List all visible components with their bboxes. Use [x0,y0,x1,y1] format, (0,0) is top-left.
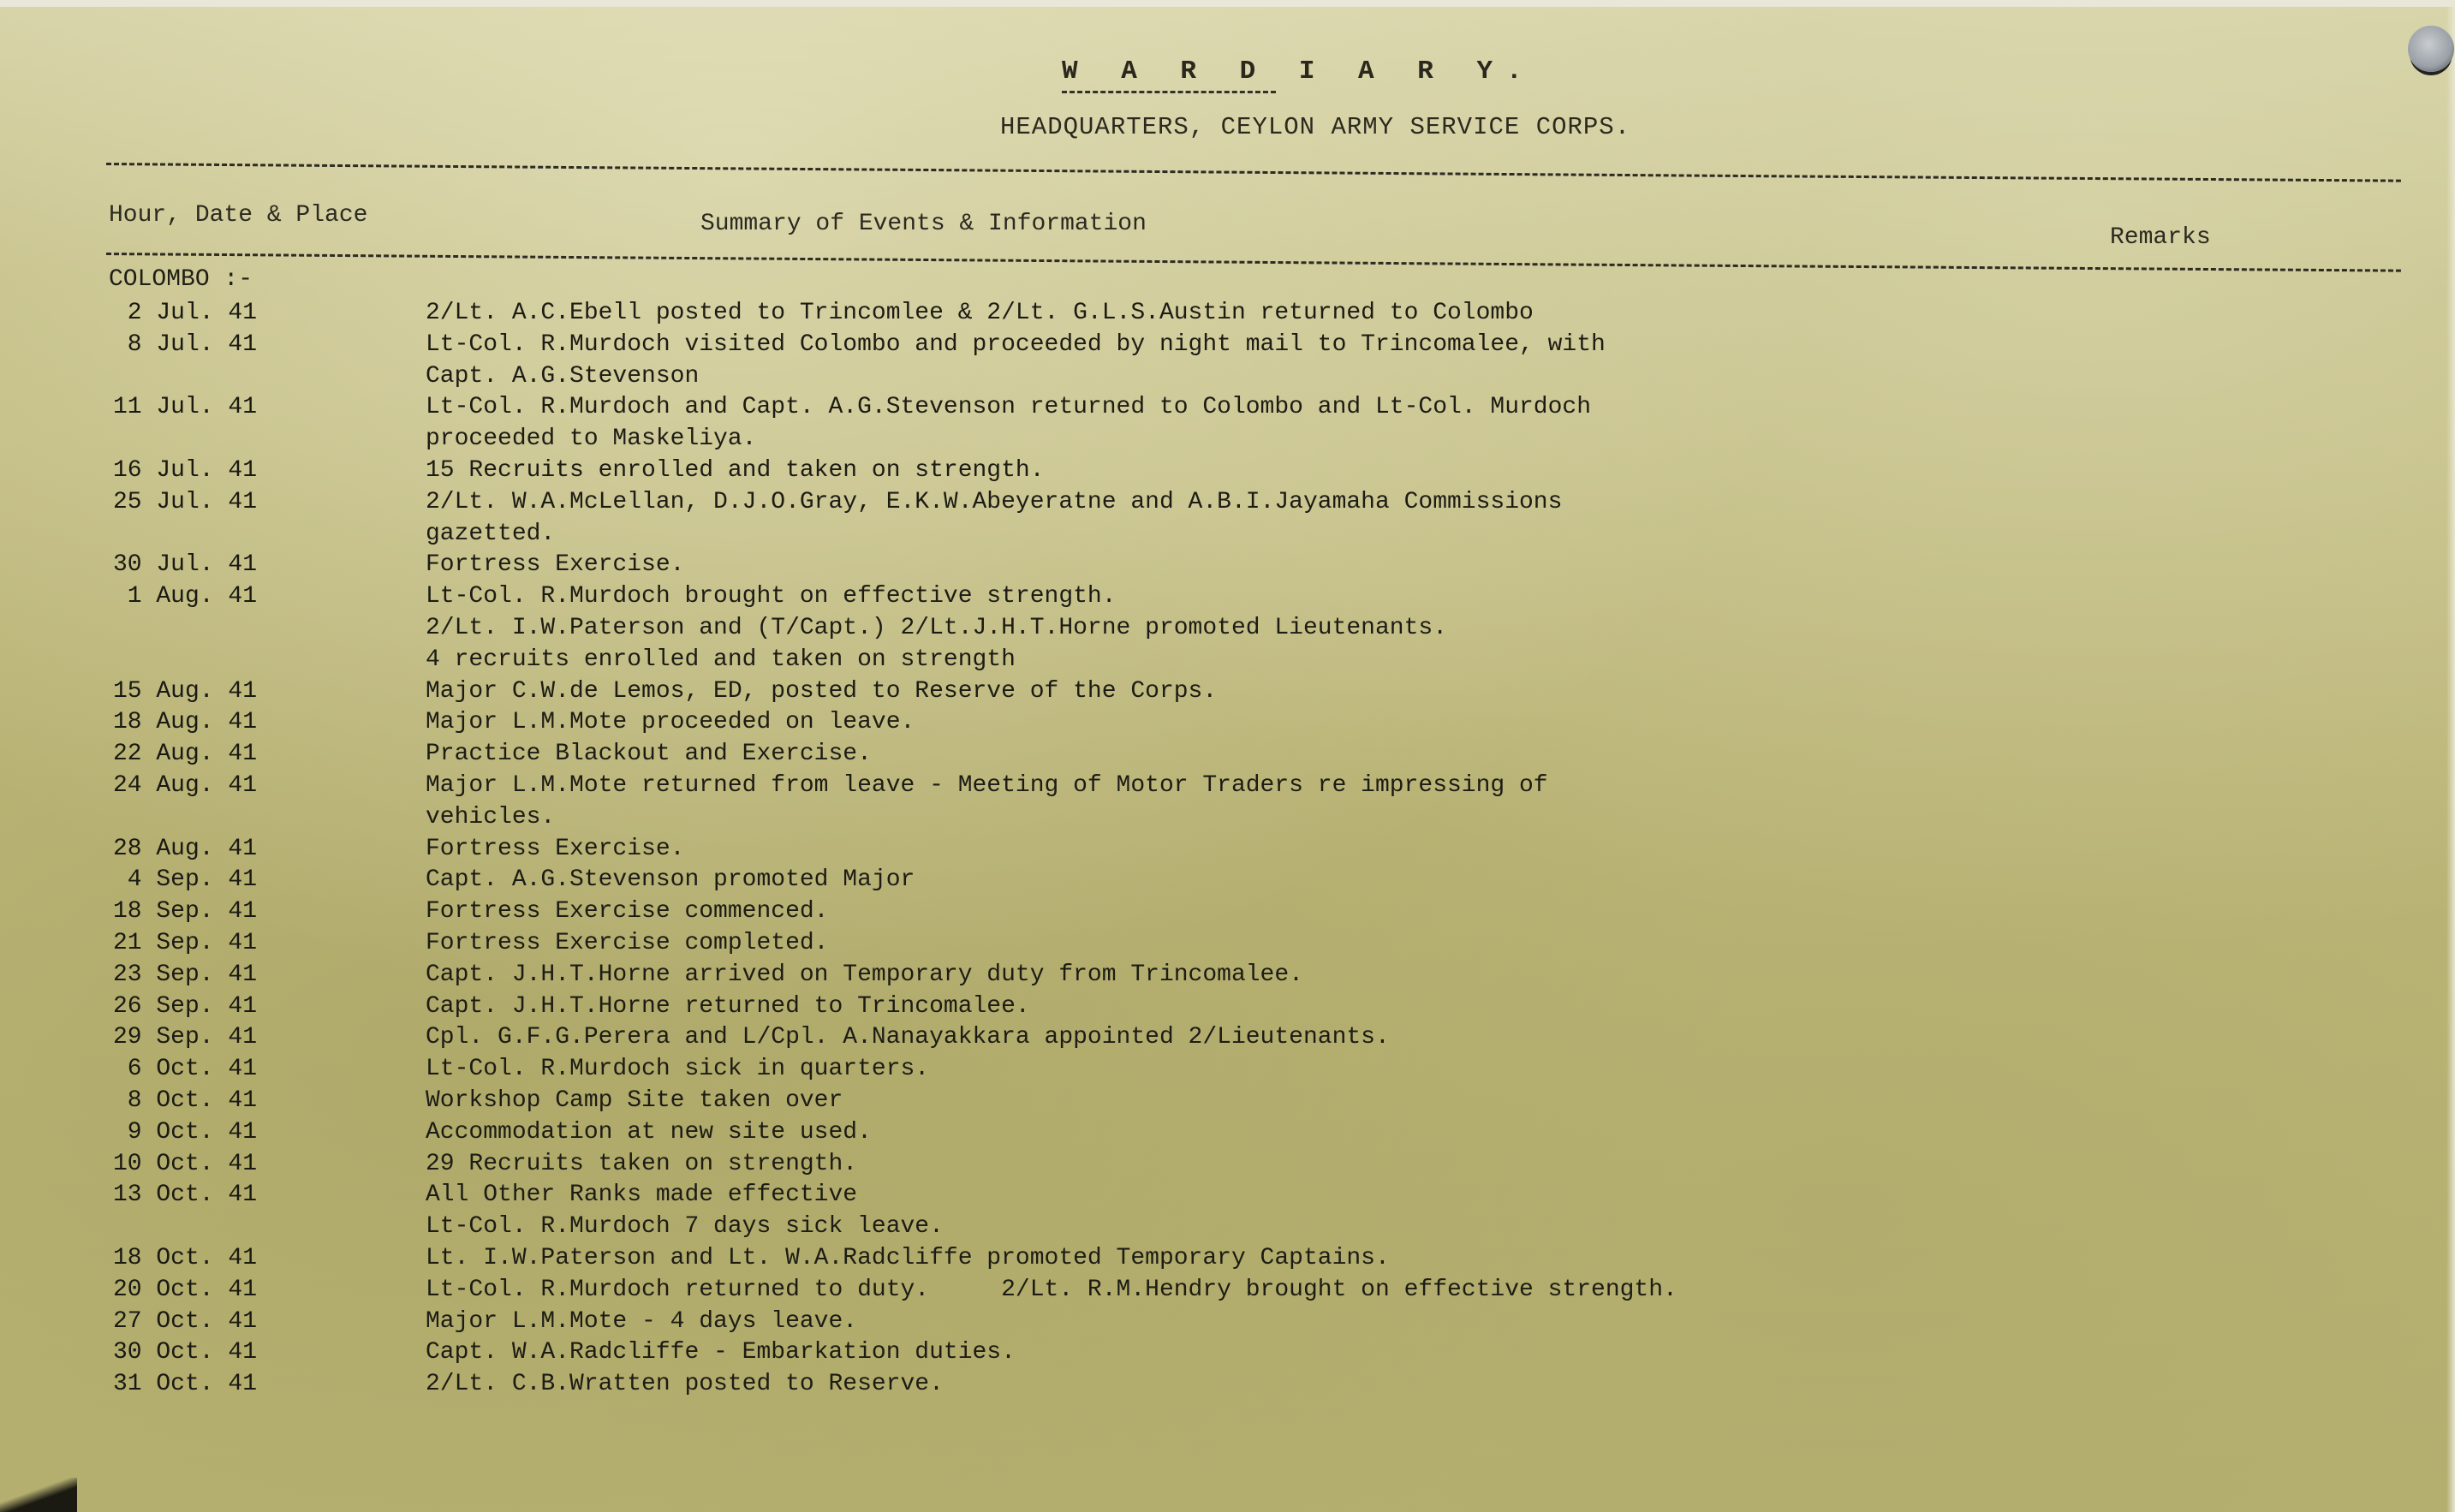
diary-entry: 22 Aug. 41Practice Blackout and Exercise… [0,739,2455,771]
diary-entry: 18 Oct. 41Lt. I.W.Paterson and Lt. W.A.R… [0,1243,2455,1275]
entry-summary: 2/Lt. A.C.Ebell posted to Trincomlee & 2… [426,298,2455,330]
entry-summary-line: Accommodation at new site used. [426,1117,2455,1149]
entry-summary-line: Capt. J.H.T.Horne returned to Trincomale… [426,991,2455,1023]
entry-summary: Cpl. G.F.G.Perera and L/Cpl. A.Nanayakka… [426,1022,2455,1054]
diary-entry: 23 Sep. 41Capt. J.H.T.Horne arrived on T… [0,960,2455,991]
document-title: W A R D I A R Y. [1062,57,1536,86]
entry-date: 2 Jul. 41 [94,298,257,330]
entry-summary: All Other Ranks made effectiveLt-Col. R.… [426,1180,2455,1243]
folded-corner [0,1478,77,1512]
entry-date: 24 Aug. 41 [94,771,257,802]
entry-summary-line: Lt-Col. R.Murdoch visited Colombo and pr… [426,330,2455,361]
diary-entry: 31 Oct. 412/Lt. C.B.Wratten posted to Re… [0,1369,2455,1401]
entry-summary-line: Cpl. G.F.G.Perera and L/Cpl. A.Nanayakka… [426,1022,2455,1054]
entry-summary-line: Fortress Exercise commenced. [426,896,2455,928]
entry-summary-line: Capt. W.A.Radcliffe - Embarkation duties… [426,1337,2455,1369]
diary-entry: 2 Jul. 412/Lt. A.C.Ebell posted to Trinc… [0,298,2455,330]
entry-date: 31 Oct. 41 [94,1369,257,1401]
entry-summary: 29 Recruits taken on strength. [426,1149,2455,1181]
diary-entry: 16 Jul. 4115 Recruits enrolled and taken… [0,455,2455,487]
entry-date: 18 Aug. 41 [94,707,257,739]
entry-date: 13 Oct. 41 [94,1180,257,1211]
column-header-date: Hour, Date & Place [109,202,367,229]
entry-summary: Workshop Camp Site taken over [426,1086,2455,1117]
entry-date: 11 Jul. 41 [94,392,257,424]
hole-punch-icon [2408,26,2454,72]
entry-date: 27 Oct. 41 [94,1307,257,1338]
diary-entry: 27 Oct. 41Major L.M.Mote - 4 days leave. [0,1307,2455,1338]
entry-summary: Capt. W.A.Radcliffe - Embarkation duties… [426,1337,2455,1369]
entry-summary-line: gazetted. [426,519,2455,551]
entry-summary-line: Fortress Exercise completed. [426,928,2455,960]
diary-entry: 29 Sep. 41Cpl. G.F.G.Perera and L/Cpl. A… [0,1022,2455,1054]
entry-date: 29 Sep. 41 [94,1022,257,1054]
entry-summary: Practice Blackout and Exercise. [426,739,2455,771]
entry-summary-line: Workshop Camp Site taken over [426,1086,2455,1117]
entry-summary: Lt-Col. R.Murdoch brought on effective s… [426,581,2455,676]
diary-entry: 8 Oct. 41Workshop Camp Site taken over [0,1086,2455,1117]
entry-summary-line: Lt-Col. R.Murdoch returned to duty. 2/Lt… [426,1275,2455,1307]
entry-summary-line: Capt. A.G.Stevenson [426,361,2455,393]
diary-entry: 26 Sep. 41Capt. J.H.T.Horne returned to … [0,991,2455,1023]
entry-summary: Lt-Col. R.Murdoch visited Colombo and pr… [426,330,2455,393]
paper-top-edge [0,0,2455,7]
diary-entry: 20 Oct. 41Lt-Col. R.Murdoch returned to … [0,1275,2455,1307]
entry-summary: 2/Lt. C.B.Wratten posted to Reserve. [426,1369,2455,1401]
diary-entry: 28 Aug. 41Fortress Exercise. [0,834,2455,866]
column-header-summary: Summary of Events & Information [700,211,1147,237]
entry-summary-line: Major C.W.de Lemos, ED, posted to Reserv… [426,676,2455,708]
diary-entry: 21 Sep. 41Fortress Exercise completed. [0,928,2455,960]
entry-summary-line: Lt-Col. R.Murdoch and Capt. A.G.Stevenso… [426,392,2455,424]
entry-date: 22 Aug. 41 [94,739,257,771]
entry-summary: Fortress Exercise. [426,834,2455,866]
entry-summary-line: Major L.M.Mote returned from leave - Mee… [426,771,2455,802]
entry-summary: Accommodation at new site used. [426,1117,2455,1149]
entry-summary-line: Major L.M.Mote - 4 days leave. [426,1307,2455,1338]
entry-date: 30 Oct. 41 [94,1337,257,1369]
entry-date: 9 Oct. 41 [94,1117,257,1149]
entry-summary-line: 2/Lt. A.C.Ebell posted to Trincomlee & 2… [426,298,2455,330]
entry-summary: Major L.M.Mote returned from leave - Mee… [426,771,2455,834]
entry-summary-line: Lt-Col. R.Murdoch brought on effective s… [426,581,2455,613]
entry-summary-line: 4 recruits enrolled and taken on strengt… [426,645,2455,676]
entry-date: 6 Oct. 41 [94,1054,257,1086]
entry-summary: Major L.M.Mote proceeded on leave. [426,707,2455,739]
entry-summary: Lt-Col. R.Murdoch sick in quarters. [426,1054,2455,1086]
entry-summary-line: 15 Recruits enrolled and taken on streng… [426,455,2455,487]
diary-entry: 4 Sep. 41Capt. A.G.Stevenson promoted Ma… [0,865,2455,896]
entry-date: 21 Sep. 41 [94,928,257,960]
document-subtitle: HEADQUARTERS, CEYLON ARMY SERVICE CORPS. [1000,113,1630,141]
entry-summary-line: Lt. I.W.Paterson and Lt. W.A.Radcliffe p… [426,1243,2455,1275]
entry-summary-line: All Other Ranks made effective [426,1180,2455,1211]
entry-summary-line: Practice Blackout and Exercise. [426,739,2455,771]
diary-entry: 8 Jul. 41Lt-Col. R.Murdoch visited Colom… [0,330,2455,393]
entry-summary: Fortress Exercise completed. [426,928,2455,960]
entry-date: 25 Jul. 41 [94,487,257,519]
entry-summary-line: Capt. A.G.Stevenson promoted Major [426,865,2455,896]
entry-summary-line: 2/Lt. C.B.Wratten posted to Reserve. [426,1369,2455,1401]
diary-entry: 30 Jul. 41Fortress Exercise. [0,550,2455,581]
entry-summary: Lt-Col. R.Murdoch returned to duty. 2/Lt… [426,1275,2455,1307]
entry-summary-line: Lt-Col. R.Murdoch sick in quarters. [426,1054,2455,1086]
entry-date: 10 Oct. 41 [94,1149,257,1181]
entry-summary-line: Capt. J.H.T.Horne arrived on Temporary d… [426,960,2455,991]
entry-summary: Fortress Exercise commenced. [426,896,2455,928]
diary-entry: 25 Jul. 412/Lt. W.A.McLellan, D.J.O.Gray… [0,487,2455,551]
entry-summary: Lt. I.W.Paterson and Lt. W.A.Radcliffe p… [426,1243,2455,1275]
diary-entry: 18 Aug. 41Major L.M.Mote proceeded on le… [0,707,2455,739]
entry-summary: Capt. J.H.T.Horne arrived on Temporary d… [426,960,2455,991]
entry-summary: 2/Lt. W.A.McLellan, D.J.O.Gray, E.K.W.Ab… [426,487,2455,551]
entry-summary: Capt. J.H.T.Horne returned to Trincomale… [426,991,2455,1023]
entry-summary: Capt. A.G.Stevenson promoted Major [426,865,2455,896]
entry-summary-line: 2/Lt. I.W.Paterson and (T/Capt.) 2/Lt.J.… [426,613,2455,645]
entry-date: 15 Aug. 41 [94,676,257,708]
place-label: COLOMBO :- [109,266,253,293]
diary-entries: 2 Jul. 412/Lt. A.C.Ebell posted to Trinc… [0,298,2455,1401]
diary-entry: 24 Aug. 41Major L.M.Mote returned from l… [0,771,2455,834]
entry-date: 4 Sep. 41 [94,865,257,896]
diary-entry: 6 Oct. 41Lt-Col. R.Murdoch sick in quart… [0,1054,2455,1086]
entry-date: 8 Jul. 41 [94,330,257,361]
entry-summary: Fortress Exercise. [426,550,2455,581]
diary-entry: 13 Oct. 41All Other Ranks made effective… [0,1180,2455,1243]
entry-summary-line: 29 Recruits taken on strength. [426,1149,2455,1181]
diary-entry: 1 Aug. 41Lt-Col. R.Murdoch brought on ef… [0,581,2455,676]
entry-summary-line: proceeded to Maskeliya. [426,424,2455,455]
entry-summary-line: vehicles. [426,802,2455,834]
entry-date: 1 Aug. 41 [94,581,257,613]
entry-date: 16 Jul. 41 [94,455,257,487]
diary-entry: 9 Oct. 41Accommodation at new site used. [0,1117,2455,1149]
entry-summary-line: Fortress Exercise. [426,550,2455,581]
diary-entry: 30 Oct. 41Capt. W.A.Radcliffe - Embarkat… [0,1337,2455,1369]
entry-date: 8 Oct. 41 [94,1086,257,1117]
diary-entry: 15 Aug. 41Major C.W.de Lemos, ED, posted… [0,676,2455,708]
entry-summary: Major L.M.Mote - 4 days leave. [426,1307,2455,1338]
entry-date: 18 Sep. 41 [94,896,257,928]
entry-summary-line: Fortress Exercise. [426,834,2455,866]
entry-summary: Lt-Col. R.Murdoch and Capt. A.G.Stevenso… [426,392,2455,455]
entry-summary-line: Major L.M.Mote proceeded on leave. [426,707,2455,739]
column-header-remarks: Remarks [2110,224,2211,251]
diary-entry: 18 Sep. 41Fortress Exercise commenced. [0,896,2455,928]
entry-summary: 15 Recruits enrolled and taken on streng… [426,455,2455,487]
entry-date: 26 Sep. 41 [94,991,257,1023]
entry-summary: Major C.W.de Lemos, ED, posted to Reserv… [426,676,2455,708]
diary-entry: 11 Jul. 41Lt-Col. R.Murdoch and Capt. A.… [0,392,2455,455]
entry-summary-line: 2/Lt. W.A.McLellan, D.J.O.Gray, E.K.W.Ab… [426,487,2455,519]
title-underline [1062,91,1276,93]
diary-entry: 10 Oct. 4129 Recruits taken on strength. [0,1149,2455,1181]
entry-date: 23 Sep. 41 [94,960,257,991]
entry-date: 30 Jul. 41 [94,550,257,581]
entry-summary-line: Lt-Col. R.Murdoch 7 days sick leave. [426,1211,2455,1243]
entry-date: 20 Oct. 41 [94,1275,257,1307]
entry-date: 18 Oct. 41 [94,1243,257,1275]
entry-date: 28 Aug. 41 [94,834,257,866]
